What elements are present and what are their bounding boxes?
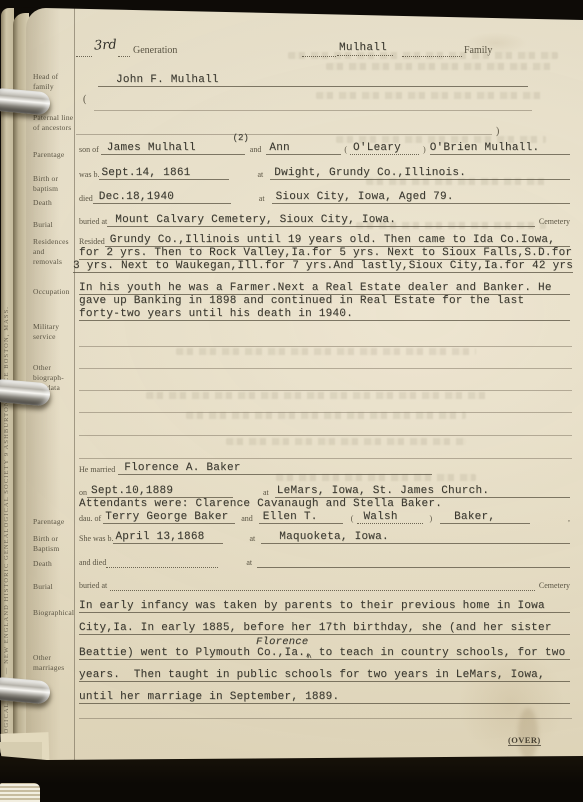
spouse-birth-row: She was b. April 13,1868 at Maquoketa, I… xyxy=(79,531,570,544)
he-married-row: He married Florence A. Baker xyxy=(79,462,570,475)
biographical-row-2: City,Ia. In early 1885, before her 17th … xyxy=(79,622,570,635)
he-married-label: He married xyxy=(79,465,115,475)
spouse-parentage-label: Parentage xyxy=(33,517,75,527)
family-label: Family xyxy=(464,45,492,56)
leader-dots xyxy=(302,44,336,57)
generation-label: Generation xyxy=(133,45,177,56)
binder-ring xyxy=(0,378,51,406)
cemetery-label: Cemetery xyxy=(539,217,570,227)
residences-row-1: Resided Grundy Co.,Illinois until 19 yea… xyxy=(79,234,570,247)
burial-prefix-label: buried at xyxy=(79,217,107,227)
spouse-and-label: and xyxy=(241,514,253,524)
paternal-open-paren: ( xyxy=(83,94,86,105)
spouse-father-field: Terry George Baker xyxy=(103,511,235,524)
father-name-field: James Mulhall(2) xyxy=(101,142,245,155)
spouse-burial-row: buried at Cemetery xyxy=(79,578,570,591)
ruled-line xyxy=(79,346,572,347)
death-label: Death xyxy=(33,198,75,208)
surname-field: Mulhall xyxy=(337,42,393,56)
burial-label: Burial xyxy=(33,220,75,230)
scanned-binder-photo: { "edge": { "vertical_text": "GENEALOGIC… xyxy=(0,0,583,802)
burial-place-field: Mount Calvary Cemetery, Sioux City, Iowa… xyxy=(107,214,535,227)
occupation-row-2: gave up Banking in 1898 and continued in… xyxy=(79,295,570,307)
spouse-cemetery-label: Cemetery xyxy=(539,581,570,591)
death-row: died Dec.18,1940 at Sioux City, Iowa, Ag… xyxy=(79,191,570,204)
biographical-line: Beattie) went to Plymouth Co.,Ia., to te… xyxy=(79,647,570,660)
son-of-label: son of xyxy=(79,145,99,155)
blank-field xyxy=(110,578,535,591)
maiden-open-paren: ( xyxy=(344,145,347,155)
occupation-line: gave up Banking in 1898 and continued in… xyxy=(79,295,570,307)
maiden-close-paren: ) xyxy=(423,145,426,155)
mother-first-name-field: Ann xyxy=(266,142,341,155)
ruled-line xyxy=(79,368,572,369)
leader-dots xyxy=(76,44,92,57)
and-label: and xyxy=(250,145,262,155)
father-generation-superscript: (2) xyxy=(233,133,249,143)
other-marriages-label: Other marriages xyxy=(33,653,75,673)
spouse-death-row: and died at xyxy=(79,555,570,568)
paternal-line-1 xyxy=(94,110,532,111)
occupation-line: In his youth he was a Farmer.Next a Real… xyxy=(79,282,570,295)
birth-place-field: Dwight, Grundy Co.,Illinois. xyxy=(270,167,570,180)
blank-field xyxy=(106,555,218,568)
stain xyxy=(518,708,538,760)
birth-date-field: Sept.14, 1861 xyxy=(99,167,229,180)
bleed-through-smudge xyxy=(146,392,486,399)
birth-label: Birth or baptism xyxy=(33,174,75,194)
mother-surname-field: O'Brien Mulhall. xyxy=(430,142,570,155)
residences-label: Residences and removals xyxy=(33,237,75,266)
death-at-label: at xyxy=(259,194,265,204)
biographical-line: In early infancy was taken by parents to… xyxy=(79,600,570,613)
death-date-field: Dec.18,1940 xyxy=(93,191,231,204)
form-page: 3rd Generation Mulhall Family Head of fa… xyxy=(26,8,583,770)
spouse-death-at-label: at xyxy=(246,558,252,568)
birth-row: was b. Sept.14, 1861 at Dwight, Grundy C… xyxy=(79,167,570,180)
spouse-parentage-row: dau. of Terry George Baker and Ellen T. … xyxy=(79,511,570,524)
marriage-date-field: Sept.10,1889 xyxy=(87,485,233,498)
binder-bottom-shadow xyxy=(0,756,583,802)
bleed-through-smudge xyxy=(176,348,476,355)
over-label: (OVER) xyxy=(508,735,541,746)
mother-maiden-field: O'Leary xyxy=(350,142,419,155)
spouse-birth-date-field: April 13,1868 xyxy=(113,531,223,544)
spouse-burial-label: Burial xyxy=(33,582,75,592)
spouse-mother-field: Ellen T. xyxy=(259,511,343,524)
marriage-place-field: LeMars, Iowa, St. James Church. xyxy=(275,485,570,498)
marriage-on-label: on xyxy=(79,488,87,498)
biographical-line: City,Ia. In early 1885, before her 17th … xyxy=(79,622,570,635)
biographical-line: years. Then taught in public schools for… xyxy=(79,669,570,682)
birth-at-label: at xyxy=(257,170,263,180)
spouse-maiden-open-paren: ( xyxy=(351,514,354,524)
leader-dots xyxy=(118,44,130,57)
ruled-line xyxy=(79,412,572,413)
residences-line: for 2 yrs. Then to Rock Valley,Ia.for 5 … xyxy=(79,247,572,260)
bleed-through-smudge xyxy=(316,92,546,99)
occupation-label: Occupation xyxy=(33,287,75,297)
military-service-label: Military service xyxy=(33,322,75,342)
occupation-row-1: In his youth he was a Farmer.Next a Real… xyxy=(79,282,570,295)
insertion-caret: ^ xyxy=(307,654,312,663)
binder-ring xyxy=(0,676,51,704)
residences-line: Grundy Co.,Illinois until 19 years old. … xyxy=(105,234,570,247)
generation-field: 3rd xyxy=(94,37,118,53)
head-of-family-name: John F. Mulhall xyxy=(98,74,528,87)
paternal-close-paren: ) xyxy=(496,126,499,137)
bleed-through-smudge xyxy=(186,412,466,419)
death-place-field: Sioux City, Iowa, Aged 79. xyxy=(272,191,570,204)
residences-row-2: for 2 yrs. Then to Rock Valley,Ia.for 5 … xyxy=(79,247,570,260)
marriage-at-label: at xyxy=(263,488,269,498)
trailing-comma: , xyxy=(568,514,570,524)
ruled-line xyxy=(79,458,572,459)
dau-of-label: dau. of xyxy=(79,514,101,524)
spouse-maiden-field: Walsh xyxy=(357,511,423,524)
burial-row: buried at Mount Calvary Cemetery, Sioux … xyxy=(79,214,570,227)
ruled-line xyxy=(79,718,572,719)
she-was-b-label: She was b. xyxy=(79,534,113,544)
biographical-row-5: until her marriage in September, 1889. xyxy=(79,691,570,704)
bleed-through-smudge xyxy=(276,474,476,481)
biographical-row-3: Beattie) went to Plymouth Co.,Ia., to te… xyxy=(79,647,570,660)
blank-field xyxy=(257,555,570,568)
spouse-maiden-close-paren: ) xyxy=(429,514,432,524)
occupation-row-3: forty-two years until his death in 1940. xyxy=(79,308,570,321)
birth-prefix-label: was b. xyxy=(79,170,99,180)
residences-line: 3 yrs. Next to Waukegan,Ill.for 7 yrs.An… xyxy=(73,260,573,273)
spouse-death-label: Death xyxy=(33,559,75,569)
father-name: James Mulhall xyxy=(107,142,196,154)
resided-label: Resided xyxy=(79,237,105,247)
binder-ring xyxy=(0,87,51,115)
spouse-birth-at-label: at xyxy=(249,534,255,544)
and-died-label: and died xyxy=(79,558,106,568)
death-prefix-label: died xyxy=(79,194,93,204)
attendants-line: Attendants were: Clarence Cavanaugh and … xyxy=(79,498,442,510)
parentage-row: son of James Mulhall(2) and Ann ( O'Lear… xyxy=(79,142,570,155)
spouse-name-field: Florence A. Baker xyxy=(118,462,432,475)
bleed-through-smudge xyxy=(226,438,466,445)
occupation-line: forty-two years until his death in 1940. xyxy=(79,308,570,321)
residences-row-3: 3 yrs. Next to Waukegan,Ill.for 7 yrs.An… xyxy=(73,260,570,273)
marriage-date-row: on Sept.10,1889 at LeMars, Iowa, St. Jam… xyxy=(79,485,570,498)
parentage-label: Parentage xyxy=(33,150,75,160)
spouse-birth-place-field: Maquoketa, Iowa. xyxy=(261,531,570,544)
ruled-line xyxy=(79,390,572,391)
biographical-row-1: In early infancy was taken by parents to… xyxy=(79,600,570,613)
spouse-birth-label: Birth or Baptism xyxy=(33,534,75,554)
stacked-pages-stripes xyxy=(0,783,40,802)
paternal-line-2 xyxy=(76,134,492,135)
bleed-through-smudge xyxy=(326,63,551,70)
spouse-surname-field: Baker, xyxy=(440,511,530,524)
spouse-buried-at-label: buried at xyxy=(79,581,107,591)
paternal-line-label: Paternal line of ancestors xyxy=(33,113,75,133)
head-of-family-label: Head of family xyxy=(33,72,75,92)
biographical-label: Biographical xyxy=(33,608,75,618)
ruled-line xyxy=(79,435,572,436)
leader-dots xyxy=(402,44,462,57)
biographical-row-4: years. Then taught in public schools for… xyxy=(79,669,570,682)
biographical-line: until her marriage in September, 1889. xyxy=(79,691,570,704)
